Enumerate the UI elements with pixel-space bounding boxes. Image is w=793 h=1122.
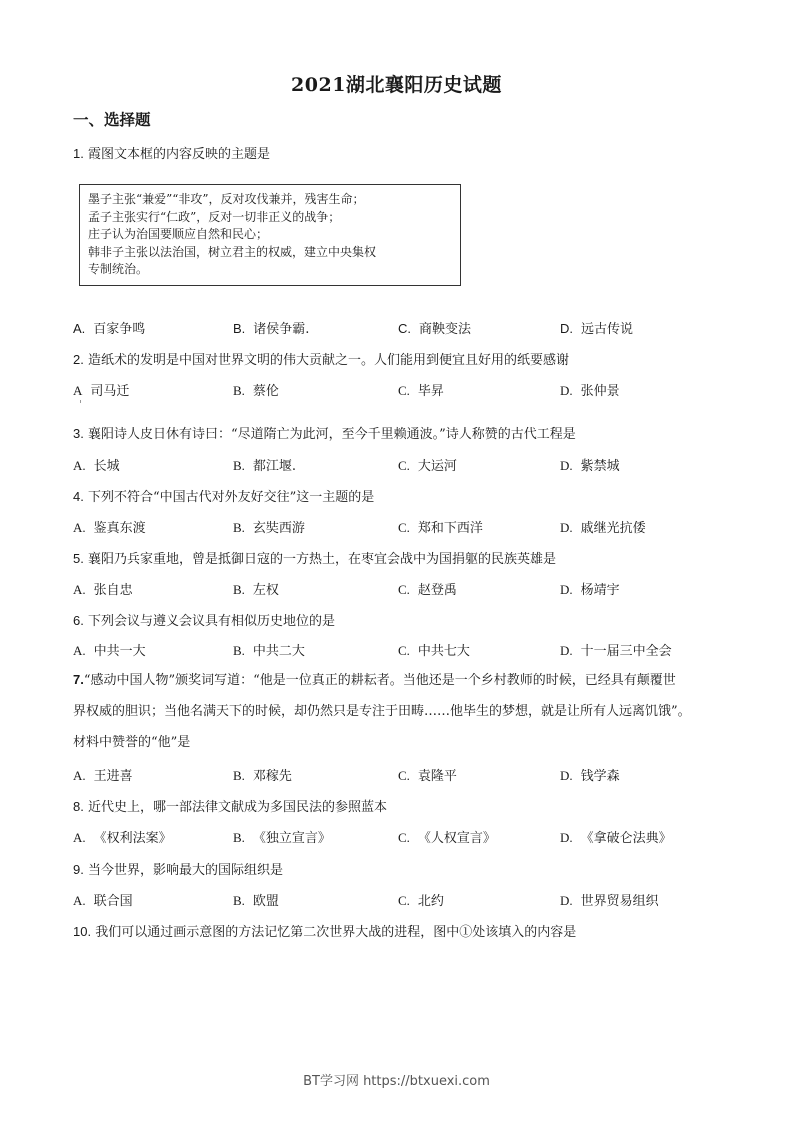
options-row-1: A.百家争鸣 B.诸侯争霸. C.商鞅变法 D.远古传说 [73,318,733,338]
question-10: 10. 我们可以通过画示意图的方法记忆第二次世界大战的进程，图中①处该填入的内容… [73,921,576,940]
option-c[interactable]: C.《人权宣言》 [398,827,496,846]
options-row-5: A.张自忠 B.左权 C.赵登禹 D.杨靖宇 [73,579,733,599]
question-text: 下列不符合“中国古代对外友好交往”这一主题的是 [88,490,374,505]
question-number: 8. [73,799,84,814]
question-text: 襄阳乃兵家重地，曾是抵御日寇的一方热土，在枣宜会战中为国捐躯的民族英雄是 [88,552,556,567]
options-row-4: A.鉴真东渡 B.玄奘西游 C.郑和下西洋 D.戚继光抗倭 [73,517,733,537]
textbox-line: 专制统治。 [88,261,452,279]
footer-watermark[interactable]: BT学习网 https://btxuexi.com [0,1070,793,1089]
question-text-line: “感动中国人物”颁奖词写道：“他是一位真正的耕耘者。当他还是一个乡村教师的时候，… [84,673,676,688]
option-c[interactable]: C.北约 [398,890,444,909]
question-3: 3. 襄阳诗人皮日休有诗曰：“尽道隋亡为此河，至今千里赖通波。”诗人称赞的古代工… [73,423,576,442]
option-d[interactable]: D.十一届三中全会 [560,640,672,659]
options-row-9: A.联合国 B.欧盟 C.北约 D.世界贸易组织 [73,890,733,910]
option-c[interactable]: C.中共七大 [398,640,470,659]
question-8: 8. 近代史上，哪一部法律文献成为多国民法的参照蓝本 [73,796,387,815]
options-row-8: A.《权利法案》 B.《独立宣言》 C.《人权宣言》 D.《拿破仑法典》 [73,827,733,847]
option-d[interactable]: D.戚继光抗倭 [560,517,646,536]
option-b[interactable]: B.欧盟 [233,890,279,909]
option-b[interactable]: B.都江堰. [233,455,296,474]
option-b[interactable]: B.左权 [233,579,279,598]
question-text: 下列会议与遵义会议具有相似历史地位的是 [88,614,335,629]
page-title: 2021湖北襄阳历史试题 [0,70,793,97]
question-2: 2. 造纸术的发明是中国对世界文明的伟大贡献之一。人们能用到便宜且好用的纸要感谢 [73,349,569,368]
question-text: 襄阳诗人皮日休有诗曰：“尽道隋亡为此河，至今千里赖通波。”诗人称赞的古代工程是 [88,427,576,442]
option-b[interactable]: B.《独立宣言》 [233,827,331,846]
question-5: 5. 襄阳乃兵家重地，曾是抵御日寇的一方热土，在枣宜会战中为国捐躯的民族英雄是 [73,548,556,567]
question-text-line: 材料中赞誉的“他”是 [73,727,733,758]
option-d[interactable]: D.钱学森 [560,765,620,784]
option-a[interactable]: A.百家争鸣 [73,318,145,337]
question-4: 4. 下列不符合“中国古代对外友好交往”这一主题的是 [73,486,374,505]
option-b[interactable]: B.邓稼先 [233,765,292,784]
question-text: 霞图文本框的内容反映的主题是 [88,147,270,162]
scan-speck [80,400,81,403]
textbox-line: 韩非子主张以法治国，树立君主的权威，建立中央集权 [88,244,452,262]
options-row-7: A.王进喜 B.邓稼先 C.袁隆平 D.钱学森 [73,765,733,785]
question-text-line: 界权威的胆识；当他名满天下的时候，却仍然只是专注于田畴……他毕生的梦想，就是让所… [73,696,733,727]
option-b[interactable]: B.蔡伦 [233,380,279,399]
option-d[interactable]: D.《拿破仑法典》 [560,827,672,846]
question-number: 9. [73,862,84,877]
question-text: 造纸术的发明是中国对世界文明的伟大贡献之一。人们能用到便宜且好用的纸要感谢 [88,353,569,368]
option-c[interactable]: C.郑和下西洋 [398,517,483,536]
question-number: 10. [73,924,91,939]
option-c[interactable]: C.商鞅变法 [398,318,471,337]
option-a[interactable]: A.《权利法案》 [73,827,172,846]
question-number: 5. [73,551,84,566]
textbox-line: 庄子认为治国要顺应自然和民心； [88,226,452,244]
question-number: 7. [73,672,84,687]
question-text: 我们可以通过画示意图的方法记忆第二次世界大战的进程，图中①处该填入的内容是 [95,925,576,940]
option-d[interactable]: D.张仲景 [560,380,620,399]
options-row-6: A.中共一大 B.中共二大 C.中共七大 D.十一届三中全会 [73,640,733,660]
question-1: 1. 霞图文本框的内容反映的主题是 [73,143,270,162]
option-a[interactable]: A.张自忠 [73,579,133,598]
question-6: 6. 下列会议与遵义会议具有相似历史地位的是 [73,610,335,629]
options-row-3: A.长城 B.都江堰. C.大运河 D.紫禁城 [73,455,733,475]
option-c[interactable]: C.袁隆平 [398,765,457,784]
question-number: 6. [73,613,84,628]
option-b[interactable]: B.玄奘西游 [233,517,305,536]
question-9: 9. 当今世界，影响最大的国际组织是 [73,859,283,878]
option-b[interactable]: B.中共二大 [233,640,305,659]
question-number: 3. [73,426,84,441]
question-text: 当今世界，影响最大的国际组织是 [88,863,283,878]
quote-textbox: 墨子主张“兼爱”“非攻”，反对攻伐兼并，残害生命； 孟子主张实行“仁政”，反对一… [79,184,461,286]
textbox-line: 孟子主张实行“仁政”，反对一切非正义的战争； [88,209,452,227]
option-c[interactable]: C.大运河 [398,455,457,474]
option-a[interactable]: A.长城 [73,455,120,474]
option-a[interactable]: A.中共一大 [73,640,146,659]
question-text: 近代史上，哪一部法律文献成为多国民法的参照蓝本 [88,800,387,815]
option-c[interactable]: C.毕昇 [398,380,444,399]
option-d[interactable]: D.杨靖宇 [560,579,620,598]
options-row-2: A司马迁 B.蔡伦 C.毕昇 D.张仲景 [73,380,733,400]
option-d[interactable]: D.世界贸易组织 [560,890,659,909]
option-a[interactable]: A.王进喜 [73,765,133,784]
option-a[interactable]: A司马迁 [73,380,129,399]
question-number: 2. [73,352,84,367]
question-number: 1. [73,146,84,161]
option-d[interactable]: D.紫禁城 [560,455,620,474]
option-b[interactable]: B.诸侯争霸. [233,318,309,337]
option-a[interactable]: A.鉴真东渡 [73,517,146,536]
textbox-line: 墨子主张“兼爱”“非攻”，反对攻伐兼并，残害生命； [88,191,452,209]
question-7: 7.“感动中国人物”颁奖词写道：“他是一位真正的耕耘者。当他还是一个乡村教师的时… [73,664,733,758]
option-c[interactable]: C.赵登禹 [398,579,457,598]
question-number: 4. [73,489,84,504]
section-heading: 一、选择题 [73,108,151,130]
option-d[interactable]: D.远古传说 [560,318,633,337]
option-a[interactable]: A.联合国 [73,890,133,909]
